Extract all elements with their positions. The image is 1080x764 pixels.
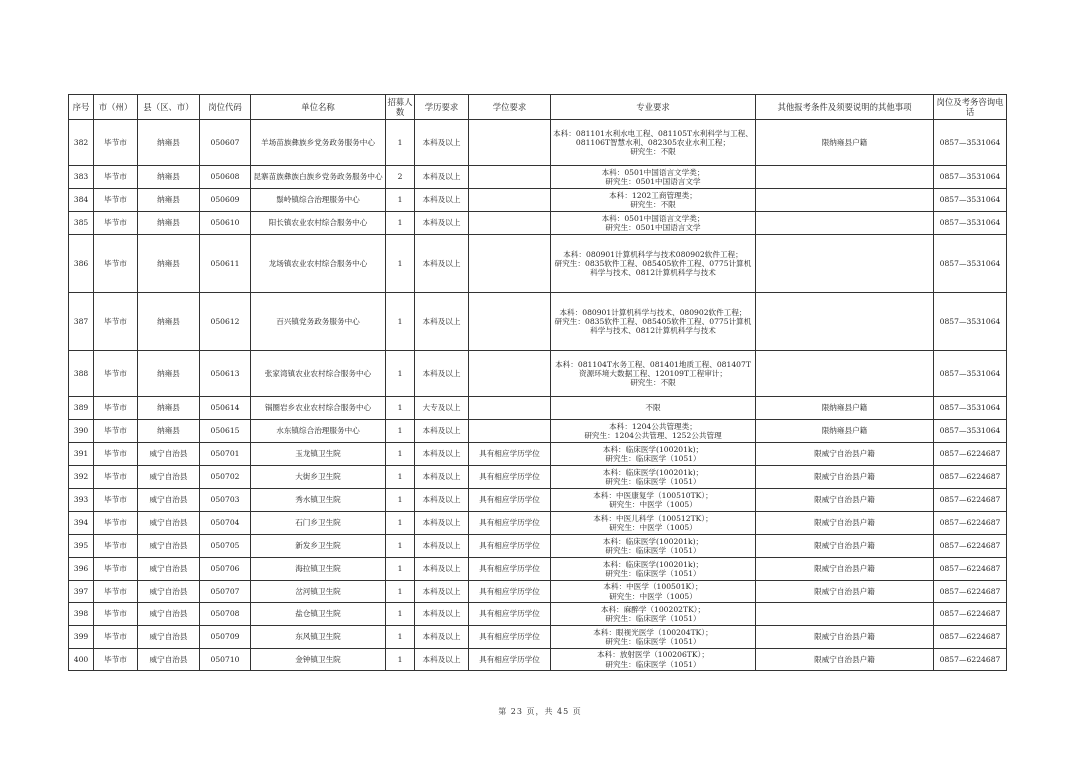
education-req: 本科及以上 xyxy=(415,626,469,649)
county-cell: 威宁自治县 xyxy=(138,489,200,512)
unit-name: 龙场镇农业农村综合服务中心 xyxy=(251,235,386,293)
education-req: 本科及以上 xyxy=(415,235,469,293)
city-cell: 毕节市 xyxy=(94,212,138,235)
other-conditions xyxy=(756,235,934,293)
position-code: 050615 xyxy=(200,420,251,443)
row-number: 383 xyxy=(69,166,94,189)
city-cell: 毕节市 xyxy=(94,397,138,420)
position-code: 050706 xyxy=(200,558,251,581)
header-cell: 专业要求 xyxy=(551,95,756,120)
county-cell: 纳雍县 xyxy=(138,293,200,351)
education-req: 本科及以上 xyxy=(415,535,469,558)
county-cell: 纳雍县 xyxy=(138,351,200,397)
education-req: 本科及以上 xyxy=(415,581,469,603)
degree-req: 具有相应学历学位 xyxy=(469,649,551,671)
unit-name: 百兴镇党务政务服务中心 xyxy=(251,293,386,351)
education-req: 本科及以上 xyxy=(415,558,469,581)
row-number: 387 xyxy=(69,293,94,351)
header-cell: 招募人数 xyxy=(386,95,415,120)
recruit-count: 1 xyxy=(386,420,415,443)
row-number: 386 xyxy=(69,235,94,293)
table-row: 388毕节市纳雍县050613张家湾镇农业农村综合服务中心1本科及以上本科：08… xyxy=(69,351,1007,397)
education-req: 大专及以上 xyxy=(415,397,469,420)
other-conditions: 限威宁自治县户籍 xyxy=(756,466,934,489)
education-req: 本科及以上 xyxy=(415,120,469,166)
row-number: 388 xyxy=(69,351,94,397)
row-number: 397 xyxy=(69,581,94,603)
unit-name: 东风镇卫生院 xyxy=(251,626,386,649)
other-conditions: 限纳雍县户籍 xyxy=(756,420,934,443)
position-code: 050702 xyxy=(200,466,251,489)
recruit-count: 2 xyxy=(386,166,415,189)
unit-name: 鬃岭镇综合治理服务中心 xyxy=(251,189,386,212)
education-req: 本科及以上 xyxy=(415,443,469,466)
header-cell: 学历要求 xyxy=(415,95,469,120)
other-conditions: 限威宁自治县户籍 xyxy=(756,558,934,581)
table-row: 396毕节市威宁自治县050706海拉镇卫生院1本科及以上具有相应学历学位本科：… xyxy=(69,558,1007,581)
other-conditions: 限纳雍县户籍 xyxy=(756,120,934,166)
row-number: 399 xyxy=(69,626,94,649)
row-number: 395 xyxy=(69,535,94,558)
other-conditions xyxy=(756,189,934,212)
row-number: 394 xyxy=(69,512,94,535)
major-req: 本科：0501中国语言文学类；研究生：0501中国语言文学 xyxy=(551,166,756,189)
table-body: 382毕节市纳雍县050607羊场苗族彝族乡党务政务服务中心1本科及以上本科：0… xyxy=(69,120,1007,671)
other-conditions: 限威宁自治县户籍 xyxy=(756,443,934,466)
city-cell: 毕节市 xyxy=(94,166,138,189)
other-conditions xyxy=(756,166,934,189)
degree-req xyxy=(469,120,551,166)
contact-phone: 0857—6224687 xyxy=(934,626,1007,649)
row-number: 389 xyxy=(69,397,94,420)
row-number: 384 xyxy=(69,189,94,212)
recruit-count: 1 xyxy=(386,189,415,212)
major-req: 本科：临床医学(100201k)；研究生：临床医学（1051） xyxy=(551,558,756,581)
recruit-count: 1 xyxy=(386,535,415,558)
contact-phone: 0857—6224687 xyxy=(934,535,1007,558)
city-cell: 毕节市 xyxy=(94,235,138,293)
county-cell: 威宁自治县 xyxy=(138,443,200,466)
city-cell: 毕节市 xyxy=(94,649,138,671)
unit-name: 玉龙镇卫生院 xyxy=(251,443,386,466)
major-req: 本科：临床医学(100201k)；研究生：临床医学（1051） xyxy=(551,443,756,466)
unit-name: 岔河镇卫生院 xyxy=(251,581,386,603)
table-row: 400毕节市威宁自治县050710金钟镇卫生院1本科及以上具有相应学历学位本科：… xyxy=(69,649,1007,671)
degree-req: 具有相应学历学位 xyxy=(469,558,551,581)
position-code: 050607 xyxy=(200,120,251,166)
city-cell: 毕节市 xyxy=(94,603,138,626)
table-row: 392毕节市威宁自治县050702大街乡卫生院1本科及以上具有相应学历学位本科：… xyxy=(69,466,1007,489)
header-cell: 岗位代码 xyxy=(200,95,251,120)
education-req: 本科及以上 xyxy=(415,466,469,489)
education-req: 本科及以上 xyxy=(415,512,469,535)
table-row: 382毕节市纳雍县050607羊场苗族彝族乡党务政务服务中心1本科及以上本科：0… xyxy=(69,120,1007,166)
county-cell: 威宁自治县 xyxy=(138,466,200,489)
table-row: 390毕节市纳雍县050615水东镇综合治理服务中心1本科及以上本科：1204公… xyxy=(69,420,1007,443)
position-code: 050708 xyxy=(200,603,251,626)
recruit-count: 1 xyxy=(386,351,415,397)
degree-req xyxy=(469,235,551,293)
row-number: 382 xyxy=(69,120,94,166)
city-cell: 毕节市 xyxy=(94,489,138,512)
degree-req: 具有相应学历学位 xyxy=(469,512,551,535)
position-code: 050710 xyxy=(200,649,251,671)
table-row: 393毕节市威宁自治县050703秀水镇卫生院1本科及以上具有相应学历学位本科：… xyxy=(69,489,1007,512)
education-req: 本科及以上 xyxy=(415,293,469,351)
education-req: 本科及以上 xyxy=(415,166,469,189)
table-row: 394毕节市威宁自治县050704石门乡卫生院1本科及以上具有相应学历学位本科：… xyxy=(69,512,1007,535)
recruit-count: 1 xyxy=(386,489,415,512)
unit-name: 秀水镇卫生院 xyxy=(251,489,386,512)
recruit-count: 1 xyxy=(386,581,415,603)
city-cell: 毕节市 xyxy=(94,420,138,443)
degree-req: 具有相应学历学位 xyxy=(469,443,551,466)
city-cell: 毕节市 xyxy=(94,512,138,535)
contact-phone: 0857—6224687 xyxy=(934,558,1007,581)
major-req: 本科：麻醉学（100202TK）；研究生：临床医学（1051） xyxy=(551,603,756,626)
position-code: 050707 xyxy=(200,581,251,603)
city-cell: 毕节市 xyxy=(94,443,138,466)
major-req: 本科：1204公共管理类；研究生：1204公共管理、1252公共管理 xyxy=(551,420,756,443)
degree-req: 具有相应学历学位 xyxy=(469,581,551,603)
other-conditions: 限威宁自治县户籍 xyxy=(756,489,934,512)
degree-req xyxy=(469,351,551,397)
contact-phone: 0857—3531064 xyxy=(934,120,1007,166)
unit-name: 水东镇综合治理服务中心 xyxy=(251,420,386,443)
other-conditions xyxy=(756,603,934,626)
major-req: 不限 xyxy=(551,397,756,420)
contact-phone: 0857—3531064 xyxy=(934,397,1007,420)
city-cell: 毕节市 xyxy=(94,535,138,558)
position-code: 050614 xyxy=(200,397,251,420)
city-cell: 毕节市 xyxy=(94,626,138,649)
other-conditions: 限威宁自治县户籍 xyxy=(756,626,934,649)
unit-name: 大街乡卫生院 xyxy=(251,466,386,489)
city-cell: 毕节市 xyxy=(94,351,138,397)
county-cell: 威宁自治县 xyxy=(138,626,200,649)
degree-req xyxy=(469,293,551,351)
city-cell: 毕节市 xyxy=(94,558,138,581)
contact-phone: 0857—6224687 xyxy=(934,443,1007,466)
unit-name: 石门乡卫生院 xyxy=(251,512,386,535)
contact-phone: 0857—3531064 xyxy=(934,189,1007,212)
position-code: 050609 xyxy=(200,189,251,212)
education-req: 本科及以上 xyxy=(415,212,469,235)
table-row: 385毕节市纳雍县050610阳长镇农业农村综合服务中心1本科及以上本科：050… xyxy=(69,212,1007,235)
recruit-count: 1 xyxy=(386,466,415,489)
contact-phone: 0857—6224687 xyxy=(934,649,1007,671)
major-req: 本科：临床医学(100201k)；研究生：临床医学（1051） xyxy=(551,535,756,558)
recruit-count: 1 xyxy=(386,443,415,466)
county-cell: 威宁自治县 xyxy=(138,649,200,671)
education-req: 本科及以上 xyxy=(415,351,469,397)
contact-phone: 0857—6224687 xyxy=(934,489,1007,512)
major-req: 本科：081104T水务工程、081401地质工程、081407T资源环境大数据… xyxy=(551,351,756,397)
other-conditions xyxy=(756,293,934,351)
degree-req: 具有相应学历学位 xyxy=(469,535,551,558)
position-code: 050611 xyxy=(200,235,251,293)
table-row: 387毕节市纳雍县050612百兴镇党务政务服务中心1本科及以上本科：08090… xyxy=(69,293,1007,351)
education-req: 本科及以上 xyxy=(415,603,469,626)
education-req: 本科及以上 xyxy=(415,189,469,212)
table-row: 398毕节市威宁自治县050708盐仓镇卫生院1本科及以上具有相应学历学位本科：… xyxy=(69,603,1007,626)
position-code: 050613 xyxy=(200,351,251,397)
unit-name: 阳长镇农业农村综合服务中心 xyxy=(251,212,386,235)
other-conditions: 限纳雍县户籍 xyxy=(756,397,934,420)
unit-name: 海拉镇卫生院 xyxy=(251,558,386,581)
position-code: 050705 xyxy=(200,535,251,558)
education-req: 本科及以上 xyxy=(415,489,469,512)
contact-phone: 0857—3531064 xyxy=(934,351,1007,397)
other-conditions: 限威宁自治县户籍 xyxy=(756,649,934,671)
position-code: 050608 xyxy=(200,166,251,189)
unit-name: 盐仓镇卫生院 xyxy=(251,603,386,626)
unit-name: 羊场苗族彝族乡党务政务服务中心 xyxy=(251,120,386,166)
recruit-count: 1 xyxy=(386,235,415,293)
header-cell: 学位要求 xyxy=(469,95,551,120)
header-cell: 其他报考条件及须要说明的其他事项 xyxy=(756,95,934,120)
table-row: 384毕节市纳雍县050609鬃岭镇综合治理服务中心1本科及以上本科：1202工… xyxy=(69,189,1007,212)
recruit-count: 1 xyxy=(386,626,415,649)
major-req: 本科：080901计算机科学与技术、080902软件工程；研究生：0835软件工… xyxy=(551,293,756,351)
row-number: 396 xyxy=(69,558,94,581)
county-cell: 威宁自治县 xyxy=(138,581,200,603)
contact-phone: 0857—6224687 xyxy=(934,512,1007,535)
position-code: 050704 xyxy=(200,512,251,535)
contact-phone: 0857—3531064 xyxy=(934,212,1007,235)
degree-req xyxy=(469,166,551,189)
major-req: 本科：1202工商管理类；研究生：不限 xyxy=(551,189,756,212)
major-req: 本科：中医学（100501K）；研究生：中医学（1005） xyxy=(551,581,756,603)
table-row: 389毕节市纳雍县050614锅圈岩乡农业农村综合服务中心1大专及以上不限限纳雍… xyxy=(69,397,1007,420)
education-req: 本科及以上 xyxy=(415,649,469,671)
city-cell: 毕节市 xyxy=(94,120,138,166)
recruit-count: 1 xyxy=(386,603,415,626)
position-code: 050709 xyxy=(200,626,251,649)
header-row: 序号 市（州） 县（区、市） 岗位代码 单位名称 招募人数 学历要求 学位要求 … xyxy=(69,95,1007,120)
row-number: 390 xyxy=(69,420,94,443)
other-conditions xyxy=(756,351,934,397)
degree-req: 具有相应学历学位 xyxy=(469,603,551,626)
major-req: 本科：中医康复学（100510TK）；研究生：中医学（1005） xyxy=(551,489,756,512)
recruit-count: 1 xyxy=(386,512,415,535)
recruitment-table: 序号 市（州） 县（区、市） 岗位代码 单位名称 招募人数 学历要求 学位要求 … xyxy=(68,94,1007,671)
row-number: 391 xyxy=(69,443,94,466)
county-cell: 纳雍县 xyxy=(138,397,200,420)
unit-name: 昆寨苗族彝族白族乡党务政务服务中心 xyxy=(251,166,386,189)
degree-req xyxy=(469,420,551,443)
contact-phone: 0857—3531064 xyxy=(934,420,1007,443)
education-req: 本科及以上 xyxy=(415,420,469,443)
row-number: 398 xyxy=(69,603,94,626)
degree-req xyxy=(469,397,551,420)
header-cell: 市（州） xyxy=(94,95,138,120)
position-code: 050610 xyxy=(200,212,251,235)
county-cell: 纳雍县 xyxy=(138,166,200,189)
row-number: 393 xyxy=(69,489,94,512)
degree-req xyxy=(469,212,551,235)
header-cell: 单位名称 xyxy=(251,95,386,120)
recruit-count: 1 xyxy=(386,558,415,581)
contact-phone: 0857—3531064 xyxy=(934,166,1007,189)
major-req: 本科：放射医学（100206TK）；研究生：临床医学（1051） xyxy=(551,649,756,671)
major-req: 本科：0501中国语言文学类；研究生：0501中国语言文学 xyxy=(551,212,756,235)
county-cell: 纳雍县 xyxy=(138,212,200,235)
major-req: 本科：081101水利水电工程、081105T水利科学与工程、081106T智慧… xyxy=(551,120,756,166)
other-conditions xyxy=(756,212,934,235)
unit-name: 新发乡卫生院 xyxy=(251,535,386,558)
page-number: 第 23 页，共 45 页 xyxy=(0,706,1080,717)
unit-name: 金钟镇卫生院 xyxy=(251,649,386,671)
county-cell: 威宁自治县 xyxy=(138,535,200,558)
contact-phone: 0857—6224687 xyxy=(934,603,1007,626)
major-req: 本科：080901计算机科学与技术080902软件工程；研究生：0835软件工程… xyxy=(551,235,756,293)
row-number: 400 xyxy=(69,649,94,671)
other-conditions: 限威宁自治县户籍 xyxy=(756,512,934,535)
city-cell: 毕节市 xyxy=(94,189,138,212)
position-code: 050701 xyxy=(200,443,251,466)
city-cell: 毕节市 xyxy=(94,293,138,351)
header-cell: 岗位及考务咨询电话 xyxy=(934,95,1007,120)
county-cell: 纳雍县 xyxy=(138,235,200,293)
county-cell: 威宁自治县 xyxy=(138,558,200,581)
county-cell: 威宁自治县 xyxy=(138,603,200,626)
contact-phone: 0857—6224687 xyxy=(934,581,1007,603)
header-cell: 县（区、市） xyxy=(138,95,200,120)
table-row: 395毕节市威宁自治县050705新发乡卫生院1本科及以上具有相应学历学位本科：… xyxy=(69,535,1007,558)
unit-name: 张家湾镇农业农村综合服务中心 xyxy=(251,351,386,397)
unit-name: 锅圈岩乡农业农村综合服务中心 xyxy=(251,397,386,420)
position-code: 050703 xyxy=(200,489,251,512)
county-cell: 威宁自治县 xyxy=(138,512,200,535)
contact-phone: 0857—3531064 xyxy=(934,235,1007,293)
county-cell: 纳雍县 xyxy=(138,120,200,166)
recruit-count: 1 xyxy=(386,397,415,420)
major-req: 本科：中医儿科学（100512TK）；研究生：中医学（1005） xyxy=(551,512,756,535)
recruit-count: 1 xyxy=(386,293,415,351)
major-req: 本科：眼视光医学（100204TK）；研究生：临床医学（1051） xyxy=(551,626,756,649)
table-row: 397毕节市威宁自治县050707岔河镇卫生院1本科及以上具有相应学历学位本科：… xyxy=(69,581,1007,603)
row-number: 392 xyxy=(69,466,94,489)
degree-req: 具有相应学历学位 xyxy=(469,466,551,489)
degree-req: 具有相应学历学位 xyxy=(469,626,551,649)
city-cell: 毕节市 xyxy=(94,581,138,603)
other-conditions: 限威宁自治县户籍 xyxy=(756,581,934,603)
contact-phone: 0857—3531064 xyxy=(934,293,1007,351)
header-cell: 序号 xyxy=(69,95,94,120)
table-row: 383毕节市纳雍县050608昆寨苗族彝族白族乡党务政务服务中心2本科及以上本科… xyxy=(69,166,1007,189)
degree-req xyxy=(469,189,551,212)
table-row: 391毕节市威宁自治县050701玉龙镇卫生院1本科及以上具有相应学历学位本科：… xyxy=(69,443,1007,466)
table-row: 386毕节市纳雍县050611龙场镇农业农村综合服务中心1本科及以上本科：080… xyxy=(69,235,1007,293)
row-number: 385 xyxy=(69,212,94,235)
degree-req: 具有相应学历学位 xyxy=(469,489,551,512)
recruit-count: 1 xyxy=(386,120,415,166)
other-conditions: 限威宁自治县户籍 xyxy=(756,535,934,558)
contact-phone: 0857—6224687 xyxy=(934,466,1007,489)
city-cell: 毕节市 xyxy=(94,466,138,489)
county-cell: 纳雍县 xyxy=(138,189,200,212)
recruit-count: 1 xyxy=(386,649,415,671)
county-cell: 纳雍县 xyxy=(138,420,200,443)
table-row: 399毕节市威宁自治县050709东风镇卫生院1本科及以上具有相应学历学位本科：… xyxy=(69,626,1007,649)
major-req: 本科：临床医学(100201k)；研究生：临床医学（1051） xyxy=(551,466,756,489)
position-code: 050612 xyxy=(200,293,251,351)
recruit-count: 1 xyxy=(386,212,415,235)
